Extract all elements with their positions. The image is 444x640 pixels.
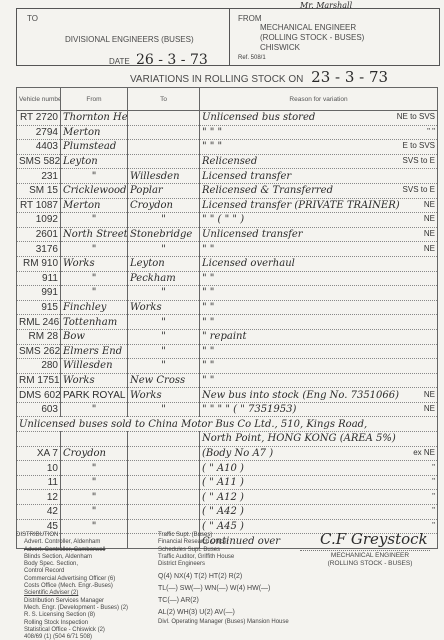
cell-to: "	[128, 402, 200, 417]
distribution-list-2: Traffic Supt. (Buses) Financial Research…	[158, 532, 289, 627]
cell-reason: E to SVS" " "	[200, 140, 438, 155]
signature-title-line: MECHANICAL ENGINEER	[300, 552, 440, 560]
table-row: 1092""NE" " ( " " )	[17, 213, 438, 228]
cell-reason: " "" " "	[200, 125, 438, 140]
table-row: DMS 602PARK ROYAL COACHWORKSWorksNENew b…	[17, 388, 438, 403]
table-row: SMS 262Elmers End"" "	[17, 344, 438, 359]
from-label: FROM	[238, 14, 262, 23]
signature: C.F Greystock	[320, 530, 428, 548]
cell-from: "	[61, 505, 128, 520]
cell-vehicle: RM 910	[17, 256, 61, 271]
cell-vehicle: 11	[17, 475, 61, 490]
table-row: SM 15CricklewoodPoplarSVS to ERelicensed…	[17, 183, 438, 198]
distribution-entry: Mech. Engr. (Development - Buses) (2)	[16, 605, 128, 612]
cell-reason: " "	[200, 286, 438, 301]
from-line: MECHANICAL ENGINEER	[260, 23, 364, 33]
table-row: RT 1087MertonCroydonNELicensed transfer …	[17, 198, 438, 213]
cell-to: Peckham	[128, 271, 200, 286]
cell-vehicle: RT 1087	[17, 198, 61, 213]
cell-to: Leyton	[128, 256, 200, 271]
distribution-footer: Divl. Operating Manager (Buses) Mansion …	[158, 619, 289, 626]
cell-vehicle: 911	[17, 271, 61, 286]
cell-to	[128, 490, 200, 505]
table-row: 2601North StreetStonebridgeNEUnlicensed …	[17, 227, 438, 242]
cell-vehicle: 4403	[17, 140, 61, 155]
status-code: " "	[427, 127, 435, 136]
reason-text: Licensed overhaul	[202, 258, 295, 269]
title-label: VARIATIONS IN ROLLING STOCK ON	[130, 74, 303, 85]
cell-to	[128, 505, 200, 520]
cell-vehicle: DMS 602	[17, 388, 61, 403]
cell-from: "	[61, 242, 128, 257]
cell-from: "	[61, 490, 128, 505]
distribution-entry: District Engineers	[158, 561, 289, 568]
cell-from: Thornton Heath	[61, 111, 128, 126]
distribution-entry: Statistical Office - Chiswick (2)	[16, 627, 128, 634]
cell-from	[61, 432, 128, 447]
status-code: NE	[424, 404, 435, 413]
cell-from: Tottenham	[61, 315, 128, 330]
cell-reason: " "	[200, 344, 438, 359]
reason-text: " "	[202, 244, 214, 255]
distribution-entry: Schedules Supt. Buses	[158, 547, 289, 554]
cell-from: Merton	[61, 198, 128, 213]
cell-reason: "( " A11 )	[200, 475, 438, 490]
col-to: To	[128, 88, 200, 111]
reason-text: " "	[202, 302, 214, 313]
table-row: 11""( " A11 )	[17, 475, 438, 490]
cell-vehicle: 12	[17, 490, 61, 505]
table-row: XA 7Croydonex NE(Body No A7 )	[17, 446, 438, 461]
reason-text: Unlicensed bus stored	[202, 112, 315, 123]
status-code: SVS to E	[403, 185, 435, 194]
signature-title: MECHANICAL ENGINEER (ROLLING STOCK - BUS…	[300, 552, 440, 568]
cell-to	[128, 432, 200, 447]
reason-text: ( " A45 )	[202, 521, 244, 532]
date-label: DATE	[109, 57, 130, 66]
cell-reason: NE to SVSUnlicensed bus stored	[200, 111, 438, 126]
distribution-entry: Body Spec. Section,	[16, 561, 128, 568]
table-row: RM 910WorksLeytonLicensed overhaul	[17, 256, 438, 271]
table-row: 603""NE" " " " ( " 7351953)	[17, 402, 438, 417]
cell-to	[128, 111, 200, 126]
status-code: "	[432, 492, 435, 501]
cell-to	[128, 461, 200, 476]
reason-text: ( " A42 )	[202, 506, 244, 517]
cell-from: Cricklewood	[61, 183, 128, 198]
status-code: NE	[424, 390, 435, 399]
cell-reason: " "	[200, 271, 438, 286]
cell-from: "	[61, 271, 128, 286]
table-row: 991""" "	[17, 286, 438, 301]
cell-to: Works	[128, 388, 200, 403]
page-title: VARIATIONS IN ROLLING STOCK ON 23 - 3 - …	[130, 68, 388, 86]
cell-vehicle: RML 2467	[17, 315, 61, 330]
from-sender: MECHANICAL ENGINEER (ROLLING STOCK - BUS…	[260, 23, 364, 53]
cell-reason: "( " A10 )	[200, 461, 438, 476]
cell-reason: " "	[200, 359, 438, 374]
reason-text: " " " " ( " 7351953)	[202, 404, 296, 415]
table-row: RM 1751WorksNew Cross" "	[17, 373, 438, 388]
cell-reason: " "	[200, 315, 438, 330]
reason-text: " repaint	[202, 331, 247, 342]
cell-from: Finchley	[61, 300, 128, 315]
status-code: NE	[424, 200, 435, 209]
col-from: From	[61, 88, 128, 111]
reason-text: Relicensed & Transferred	[202, 185, 333, 196]
distribution-entry: Distribution Services Manager	[16, 598, 128, 605]
reason-text: " "	[202, 287, 214, 298]
distribution-entry: Traffic Auditor, Griffith House	[158, 554, 289, 561]
cell-to	[128, 140, 200, 155]
cell-reason: NEUnlicensed transfer	[200, 227, 438, 242]
cell-from: Willesden	[61, 359, 128, 374]
cell-reason: NE" " ( " " )	[200, 213, 438, 228]
cell-from: Leyton	[61, 154, 128, 169]
cell-to: Croydon	[128, 198, 200, 213]
depot-code-line: Q(4) NX(4) T(2) HT(2) R(2)	[158, 571, 289, 583]
cell-from: PARK ROYAL COACHWORKS	[61, 388, 128, 403]
cell-from: "	[61, 169, 128, 184]
title-date: 23 - 3 - 73	[311, 68, 388, 86]
date-field: DATE 26 - 3 - 73	[109, 52, 208, 68]
table-row: 3176""NE" "	[17, 242, 438, 257]
cell-reason: NE" " " " ( " 7351953)	[200, 402, 438, 417]
cell-from: Croydon	[61, 446, 128, 461]
table-row: RT 2720Thornton HeathNE to SVSUnlicensed…	[17, 111, 438, 126]
cell-reason: Licensed overhaul	[200, 256, 438, 271]
reason-text: " " ( " " )	[202, 214, 244, 225]
distribution-entry: Advert. Controller, Aldenham	[16, 539, 128, 546]
reason-text: (Body No A7 )	[202, 448, 273, 459]
cell-to: "	[128, 242, 200, 257]
table-row: 231"WillesdenLicensed transfer	[17, 169, 438, 184]
cell-from: Bow	[61, 329, 128, 344]
cell-reason: NE" "	[200, 242, 438, 257]
distribution-entry: Financial Research Officer	[158, 539, 289, 546]
distribution-entry: Commercial Advertising Officer (6)	[16, 576, 128, 583]
cell-from: North Street	[61, 227, 128, 242]
cell-vehicle: 42	[17, 505, 61, 520]
table-row: 4403PlumsteadE to SVS" " "	[17, 140, 438, 155]
cell-reason: " repaint	[200, 329, 438, 344]
table-row: North Point, HONG KONG (AREA 5%)	[17, 432, 438, 447]
memo-header: TO DIVISIONAL ENGINEERS (BUSES) DATE 26 …	[16, 8, 440, 66]
distribution-entry: Advert. Controller, Camberwell	[16, 547, 128, 554]
from-line: (ROLLING STOCK - BUSES)	[260, 33, 364, 43]
col-vehicle: Vehicle number	[17, 88, 61, 111]
cell-vehicle: 231	[17, 169, 61, 184]
cell-vehicle: 3176	[17, 242, 61, 257]
cell-reason: Licensed transfer	[200, 169, 438, 184]
from-section: FROM MECHANICAL ENGINEER (ROLLING STOCK …	[230, 9, 439, 65]
cell-from: "	[61, 402, 128, 417]
cell-vehicle: SMS 262	[17, 344, 61, 359]
table-row: RM 28Bow"" repaint	[17, 329, 438, 344]
status-code: NE	[424, 214, 435, 223]
status-code: "	[432, 477, 435, 486]
cell-vehicle: XA 7	[17, 446, 61, 461]
table-header: Vehicle number From To Reason for variat…	[17, 88, 438, 111]
depot-code-line: TL(—) SW(—) WN(—) W(4) HW(—)	[158, 583, 289, 595]
distribution-entry: Blinds Section, Aldenham	[16, 554, 128, 561]
cell-reason: " "	[200, 300, 438, 315]
cell-reason: NENew bus into stock (Eng No. 7351066)	[200, 388, 438, 403]
table-row: RML 2467Tottenham"" "	[17, 315, 438, 330]
reason-text: ( " A10 )	[202, 463, 244, 474]
cell-from: "	[61, 461, 128, 476]
distribution-entry: Costs Office (Mech. Engr.-Buses)	[16, 583, 128, 590]
depot-code-line: AL(2) WH(3) U(2) AV(—)	[158, 607, 289, 619]
reason-text: " "	[202, 375, 214, 386]
cell-reason: NELicensed transfer (PRIVATE TRAINER)	[200, 198, 438, 213]
cell-vehicle: 10	[17, 461, 61, 476]
status-code: "	[432, 506, 435, 515]
distribution-entry: Control Record	[16, 568, 128, 575]
cell-from: Works	[61, 256, 128, 271]
signature-title-line: (ROLLING STOCK - BUSES)	[300, 560, 440, 568]
cell-from: Plumstead	[61, 140, 128, 155]
cell-to	[128, 125, 200, 140]
reason-text: ( " A11 )	[202, 477, 244, 488]
col-reason: Reason for variation	[200, 88, 438, 111]
table-row: 42""( " A42 )	[17, 505, 438, 520]
cell-to: "	[128, 329, 200, 344]
cell-reason: SVS to ERelicensed & Transferred	[200, 183, 438, 198]
cell-vehicle: SMS 582	[17, 154, 61, 169]
depot-code-line: TC(—) AR(2)	[158, 595, 289, 607]
status-code: NE	[424, 229, 435, 238]
table-row: 2794Merton" "" " "	[17, 125, 438, 140]
distribution-list: DISTRIBUTION Advert. Controller, Aldenha…	[16, 532, 128, 640]
cell-reason: "( " A42 )	[200, 505, 438, 520]
depot-codes: Q(4) NX(4) T(2) HT(2) R(2) TL(—) SW(—) W…	[158, 571, 289, 619]
cell-from: Elmers End	[61, 344, 128, 359]
cell-to: "	[128, 286, 200, 301]
table-body: RT 2720Thornton HeathNE to SVSUnlicensed…	[17, 111, 438, 549]
cell-reason: " "	[200, 373, 438, 388]
table-row: 10""( " A10 )	[17, 461, 438, 476]
cell-from: "	[61, 475, 128, 490]
status-code: SVS to E	[403, 156, 435, 165]
reference-number: Ref. 508/1	[238, 55, 266, 61]
cell-to: New Cross	[128, 373, 200, 388]
cell-vehicle: RM 1751	[17, 373, 61, 388]
cell-vehicle: 2794	[17, 125, 61, 140]
distribution-entry: Scientific Adviser (2)	[16, 590, 128, 597]
cell-to: "	[128, 359, 200, 374]
cell-to: Poplar	[128, 183, 200, 198]
to-recipient: DIVISIONAL ENGINEERS (BUSES)	[65, 35, 194, 44]
to-label: TO	[27, 14, 38, 23]
cell-reason: "( " A12 )	[200, 490, 438, 505]
cell-to: Works	[128, 300, 200, 315]
reason-text: Licensed transfer (PRIVATE TRAINER)	[202, 200, 400, 211]
rolling-stock-table: Vehicle number From To Reason for variat…	[16, 87, 438, 549]
cell-from: Works	[61, 373, 128, 388]
reason-text: " "	[202, 346, 214, 357]
table-row: 911"Peckham" "	[17, 271, 438, 286]
status-code: "	[432, 521, 435, 530]
reason-text: " " "	[202, 141, 222, 152]
cell-vehicle: 991	[17, 286, 61, 301]
cell-vehicle: 915	[17, 300, 61, 315]
distribution-entry: R. S. Licensing Section (8)	[16, 612, 128, 619]
distribution-entry: Traffic Supt. (Buses)	[158, 532, 289, 539]
reason-text: " "	[202, 360, 214, 371]
distribution-items: Advert. Controller, AldenhamAdvert. Cont…	[16, 539, 128, 640]
distribution-heading: DISTRIBUTION	[16, 532, 128, 539]
cell-vehicle: 1092	[17, 213, 61, 228]
status-code: NE	[424, 244, 435, 253]
status-code: NE to SVS	[397, 112, 435, 121]
reason-text: North Point, HONG KONG (AREA 5%)	[202, 433, 396, 444]
date-value: 26 - 3 - 73	[136, 52, 208, 68]
cell-vehicle: SM 15	[17, 183, 61, 198]
cell-to: Stonebridge	[128, 227, 200, 242]
cell-to	[128, 154, 200, 169]
cell-vehicle	[17, 432, 61, 447]
cell-reason: ex NE(Body No A7 )	[200, 446, 438, 461]
cell-vehicle: RM 28	[17, 329, 61, 344]
table-row: 280Willesden"" "	[17, 359, 438, 374]
status-code: E to SVS	[403, 141, 435, 150]
from-line: CHISWICK	[260, 43, 364, 53]
signature-line	[300, 550, 430, 551]
table-row: SMS 582LeytonSVS to ERelicensed	[17, 154, 438, 169]
reason-text: " "	[202, 273, 214, 284]
cell-to	[128, 446, 200, 461]
cell-from: Merton	[61, 125, 128, 140]
cell-vehicle: 280	[17, 359, 61, 374]
reason-text: ( " A12 )	[202, 492, 244, 503]
reason-text: Relicensed	[202, 156, 257, 167]
cell-from: "	[61, 286, 128, 301]
cell-reason: North Point, HONG KONG (AREA 5%)	[200, 432, 438, 447]
status-code: "	[432, 463, 435, 472]
cell-to: "	[128, 344, 200, 359]
cell-from: "	[61, 213, 128, 228]
distribution-entry: 408/69 (1) (504 6/71 508)	[16, 634, 128, 640]
table-row: Unlicensed buses sold to China Motor Bus…	[17, 417, 438, 432]
reason-text: Unlicensed transfer	[202, 229, 303, 240]
reason-text: Licensed transfer	[202, 171, 291, 182]
reason-text: " "	[202, 317, 214, 328]
row-note: Unlicensed buses sold to China Motor Bus…	[17, 417, 438, 432]
reason-text: " " "	[202, 127, 222, 138]
table-row: 12""( " A12 )	[17, 490, 438, 505]
cell-to: "	[128, 315, 200, 330]
cell-vehicle: 2601	[17, 227, 61, 242]
to-section: TO DIVISIONAL ENGINEERS (BUSES) DATE 26 …	[17, 9, 230, 65]
cell-to: "	[128, 213, 200, 228]
cell-vehicle: 603	[17, 402, 61, 417]
distribution-entry: Rolling Stock Inspection	[16, 620, 128, 627]
table-row: 915FinchleyWorks" "	[17, 300, 438, 315]
cell-vehicle: RT 2720	[17, 111, 61, 126]
reason-text: New bus into stock (Eng No. 7351066)	[202, 390, 399, 401]
cell-reason: SVS to ERelicensed	[200, 154, 438, 169]
status-code: ex NE	[413, 448, 435, 457]
cell-to	[128, 475, 200, 490]
cell-to: Willesden	[128, 169, 200, 184]
